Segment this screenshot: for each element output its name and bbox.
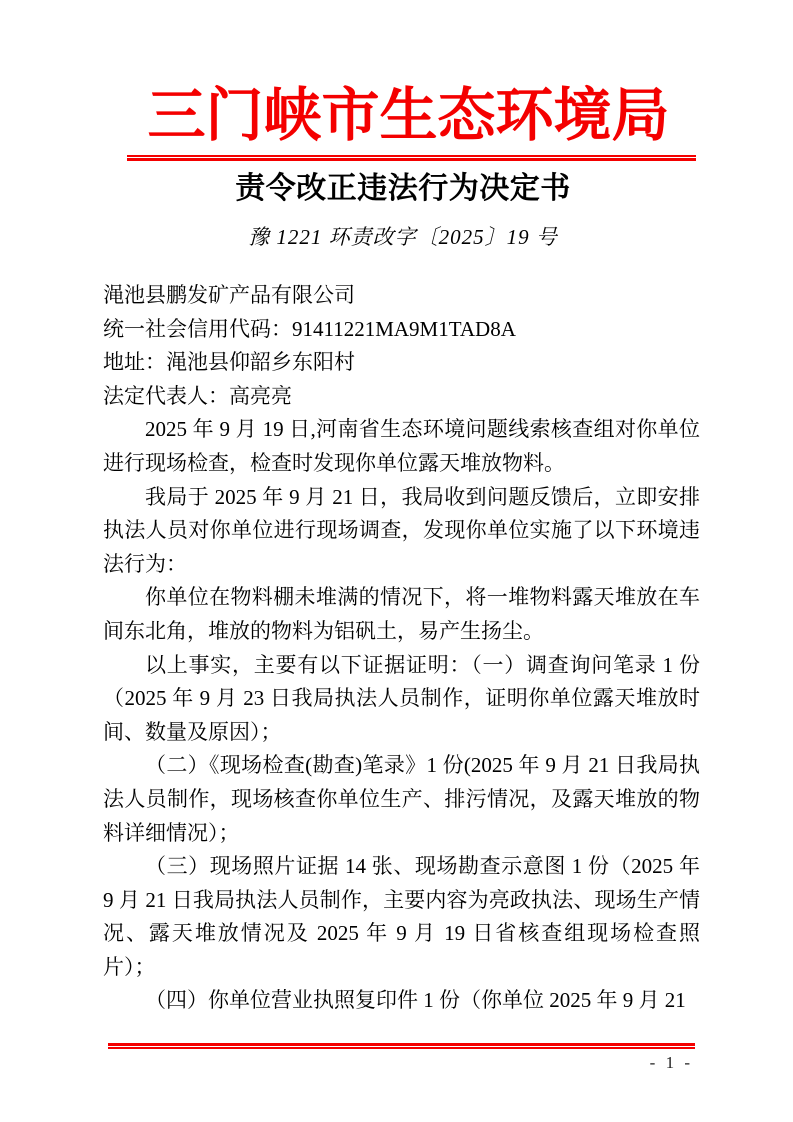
body-paragraph: 以上事实，主要有以下证据证明：（一）调查询问笔录 1 份（2025 年 9 月 … bbox=[103, 649, 700, 750]
rule-thin-line bbox=[108, 1047, 695, 1049]
recipient-legal-rep-line: 法定代表人：高亮亮 bbox=[103, 380, 700, 414]
document-page: 三门峡市生态环境局 责令改正违法行为决定书 豫 1221 环责改字〔2025〕1… bbox=[0, 0, 793, 1122]
recipient-address-line: 地址：渑池县仰韶乡东阳村 bbox=[103, 346, 700, 380]
document-body: 渑池县鹏发矿产品有限公司 统一社会信用代码：91411221MA9M1TAD8A… bbox=[103, 279, 700, 1018]
page-number: - 1 - bbox=[650, 1053, 693, 1073]
body-paragraph: （三）现场照片证据 14 张、现场勘查示意图 1 份（2025 年 9 月 21… bbox=[103, 850, 700, 984]
recipient-credit-code-line: 统一社会信用代码：91411221MA9M1TAD8A bbox=[103, 313, 700, 347]
body-paragraph: （四）你单位营业执照复印件 1 份（你单位 2025 年 9 月 21 bbox=[103, 984, 700, 1018]
body-paragraph: （二）《现场检查(勘查)笔录》1 份(2025 年 9 月 21 日我局执法人员… bbox=[103, 749, 700, 850]
body-paragraph: 你单位在物料棚未堆满的情况下，将一堆物料露天堆放在车间东北角，堆放的物料为铝矾土… bbox=[103, 581, 700, 648]
body-paragraph: 我局于 2025 年 9 月 21 日，我局收到问题反馈后，立即安排执法人员对你… bbox=[103, 481, 700, 582]
footer-double-rule bbox=[108, 1043, 695, 1049]
letterhead-double-rule bbox=[127, 155, 696, 161]
document-number: 豫 1221 环责改字〔2025〕19 号 bbox=[13, 223, 793, 251]
rule-thick-line bbox=[127, 158, 696, 161]
document-title: 责令改正违法行为决定书 bbox=[13, 171, 793, 207]
recipient-company-line: 渑池县鹏发矿产品有限公司 bbox=[103, 279, 700, 313]
body-paragraph: 2025 年 9 月 19 日,河南省生态环境问题线索核查组对你单位进行现场检查… bbox=[103, 413, 700, 480]
letterhead-agency-name: 三门峡市生态环境局 bbox=[24, 82, 793, 150]
